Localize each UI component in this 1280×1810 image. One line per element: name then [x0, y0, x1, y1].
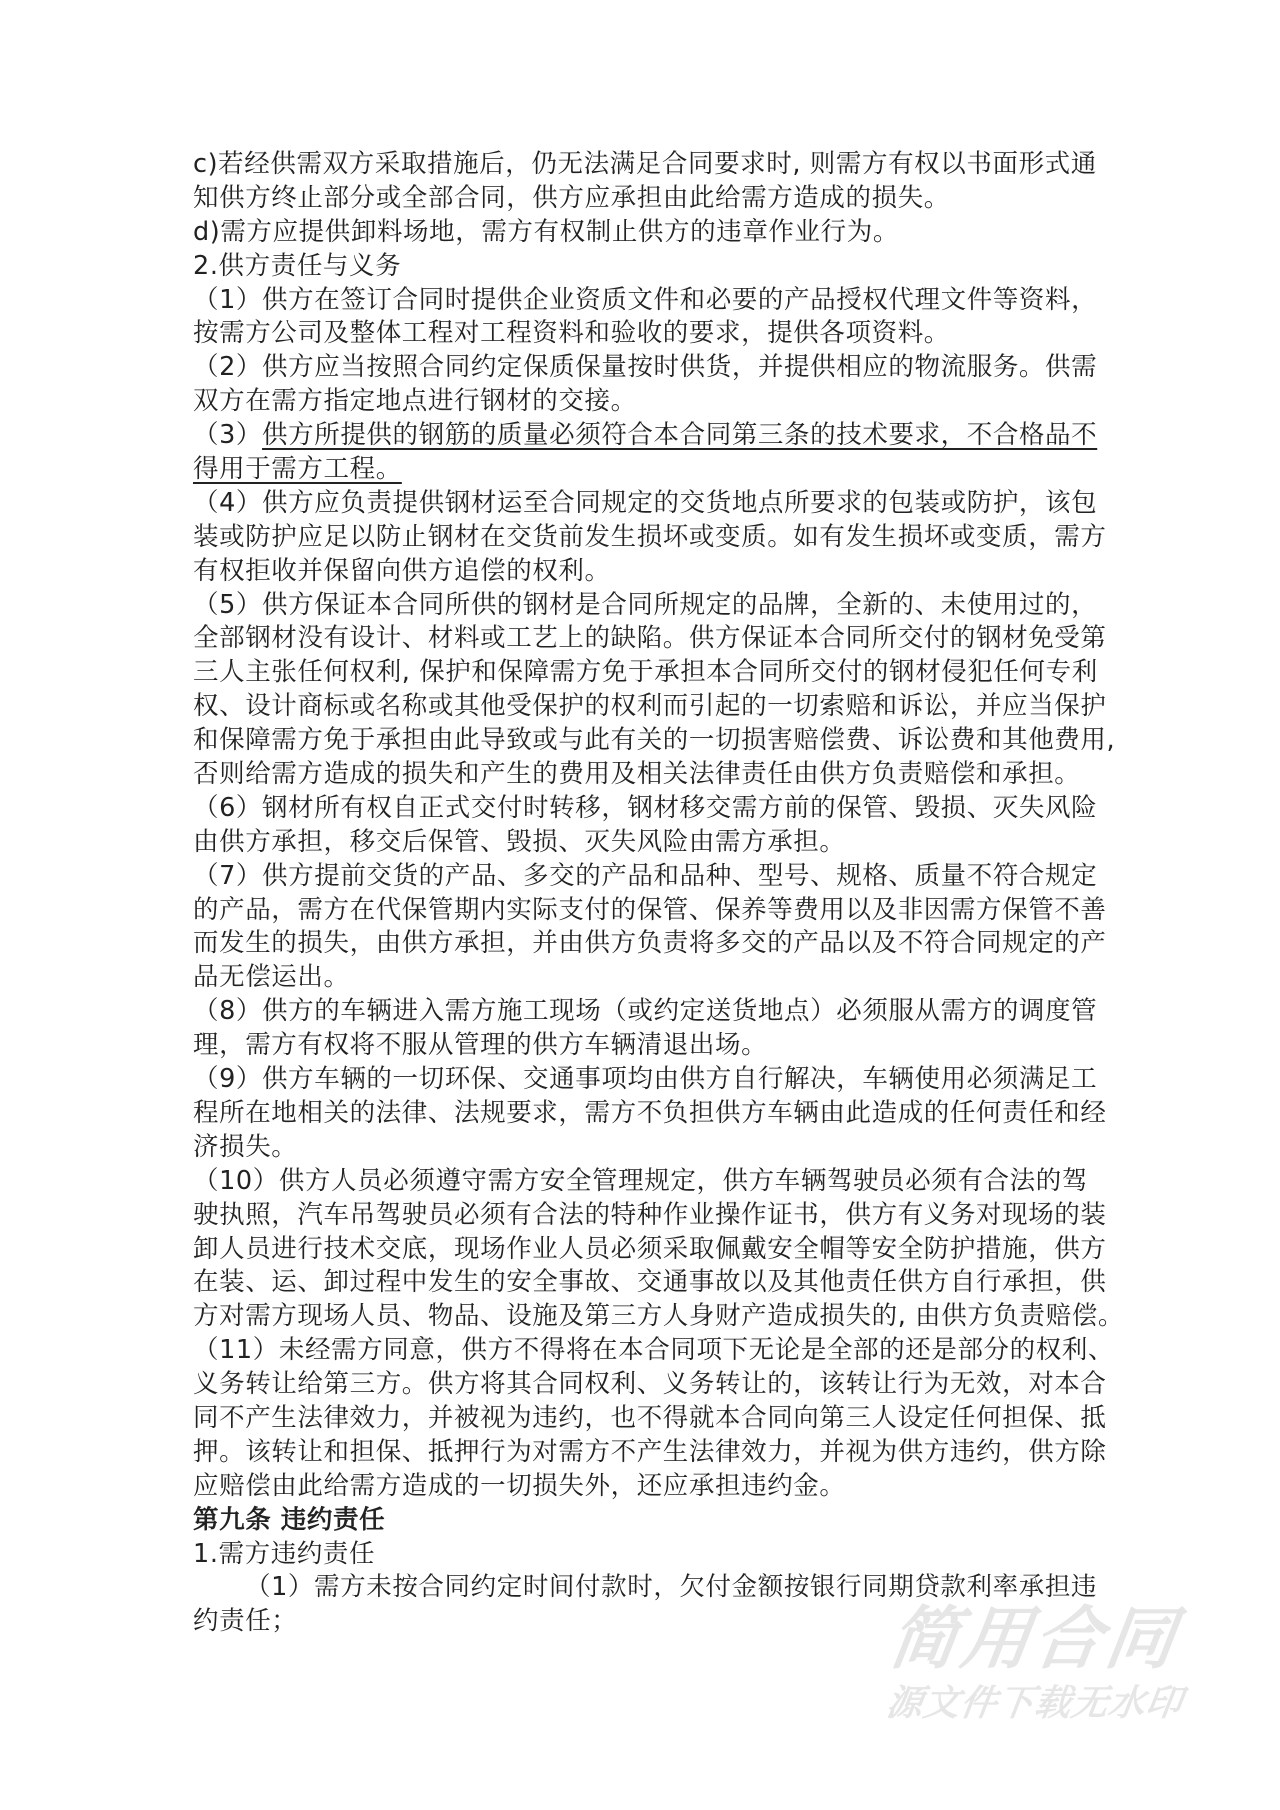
text-line: 应赔偿由此给需方造成的一切损失外，还应承担违约金。	[193, 1470, 1093, 1504]
watermark-tagline: 源文件下载无水印	[876, 1675, 1193, 1726]
text-line: 按需方公司及整体工程对工程资料和验收的要求，提供各项资料。	[193, 317, 1093, 351]
text-line: 同不产生法律效力，并被视为违约，也不得就本合同向第三人设定任何担保、抵	[193, 1402, 1093, 1436]
underlined-text: 得用于需方工程。	[193, 454, 402, 484]
text-line: 由供方承担，移交后保管、毁损、灭失风险由需方承担。	[193, 826, 1093, 860]
clause-9: （9）供方车辆的一切环保、交通事项均由供方自行解决，车辆使用必须满足工	[193, 1063, 1093, 1097]
clause-11: （11）未经需方同意，供方不得将在本合同项下无论是全部的还是部分的权利、	[193, 1334, 1093, 1368]
text-line: 理，需方有权将不服从管理的供方车辆清退出场。	[193, 1029, 1093, 1063]
text-line: 装或防护应足以防止钢材在交货前发生损坏或变质。如有发生损坏或变质，需方	[193, 521, 1093, 555]
text-line: 济损失。	[193, 1131, 1093, 1165]
text-line: 品无偿运出。	[193, 961, 1093, 995]
text-line: 权、设计商标或名称或其他受保护的权利而引起的一切索赔和诉讼，并应当保护	[193, 690, 1093, 724]
clause-4: （4）供方应负责提供钢材运至合同规定的交货地点所要求的包装或防护，该包	[193, 487, 1093, 521]
watermark-brand: 简用合同	[873, 1585, 1197, 1682]
text-line: 方对需方现场人员、物品、设施及第三方人身财产造成损失的, 由供方负责赔偿。	[193, 1300, 1093, 1334]
clause-10: （10）供方人员必须遵守需方安全管理规定，供方车辆驾驶员必须有合法的驾	[193, 1165, 1093, 1199]
subsection-heading-supplier-duties: 2.供方责任与义务	[193, 250, 1093, 284]
document-page: c)若经供需双方采取措施后，仍无法满足合同要求时, 则需方有权以书面形式通 知供…	[193, 148, 1093, 1639]
text-line: 有权拒收并保留向供方追偿的权利。	[193, 555, 1093, 589]
clause-number: （3）	[193, 420, 262, 450]
clause-3: （3）供方所提供的钢筋的质量必须符合本合同第三条的技术要求，不合格品不	[193, 419, 1093, 453]
text-line: 双方在需方指定地点进行钢材的交接。	[193, 385, 1093, 419]
text-line: 否则给需方造成的损失和产生的费用及相关法律责任由供方负责赔偿和承担。	[193, 758, 1093, 792]
text-line: 在装、运、卸过程中发生的安全事故、交通事故以及其他责任供方自行承担，供	[193, 1266, 1093, 1300]
text-line: 驶执照，汽车吊驾驶员必须有合法的特种作业操作证书，供方有义务对现场的装	[193, 1199, 1093, 1233]
text-line: 三人主张任何权利, 保护和保障需方免于承担本合同所交付的钢材侵犯任何专利	[193, 656, 1093, 690]
underlined-text: 供方所提供的钢筋的质量必须符合本合同第三条的技术要求，不合格品不	[262, 420, 1097, 450]
clause-7: （7）供方提前交货的产品、多交的产品和品种、型号、规格、质量不符合规定	[193, 860, 1093, 894]
text-line: 的产品，需方在代保管期内实际支付的保管、保养等费用以及非因需方保管不善	[193, 894, 1093, 928]
text-line: c)若经供需双方采取措施后，仍无法满足合同要求时, 则需方有权以书面形式通	[193, 148, 1093, 182]
article-heading-breach-liability: 第九条 违约责任	[193, 1504, 1093, 1538]
text-line: 卸人员进行技术交底，现场作业人员必须采取佩戴安全帽等安全防护措施，供方	[193, 1233, 1093, 1267]
text-line: 而发生的损失，由供方承担，并由供方负责将多交的产品以及不符合同规定的产	[193, 927, 1093, 961]
text-line: 押。该转让和担保、抵押行为对需方不产生法律效力，并视为供方违约，供方除	[193, 1436, 1093, 1470]
text-line: 和保障需方免于承担由此导致或与此有关的一切损害赔偿费、诉讼费和其他费用,	[193, 724, 1093, 758]
clause-1: （1）供方在签订合同时提供企业资质文件和必要的产品授权代理文件等资料，	[193, 284, 1093, 318]
clause-8: （8）供方的车辆进入需方施工现场（或约定送货地点）必须服从需方的调度管	[193, 995, 1093, 1029]
clause-2: （2）供方应当按照合同约定保质保量按时供货，并提供相应的物流服务。供需	[193, 351, 1093, 385]
text-line: 得用于需方工程。	[193, 453, 1093, 487]
text-line: 义务转让给第三方。供方将其合同权利、义务转让的，该转让行为无效，对本合	[193, 1368, 1093, 1402]
subsection-heading-buyer-breach: 1.需方违约责任	[193, 1538, 1093, 1572]
clause-6: （6）钢材所有权自正式交付时转移，钢材移交需方前的保管、毁损、灭失风险	[193, 792, 1093, 826]
text-line: d)需方应提供卸料场地，需方有权制止供方的违章作业行为。	[193, 216, 1093, 250]
text-line: 全部钢材没有设计、材料或工艺上的缺陷。供方保证本合同所交付的钢材免受第	[193, 622, 1093, 656]
text-line: 知供方终止部分或全部合同，供方应承担由此给需方造成的损失。	[193, 182, 1093, 216]
clause-5: （5）供方保证本合同所供的钢材是合同所规定的品牌，全新的、未使用过的，	[193, 589, 1093, 623]
text-line: 程所在地相关的法律、法规要求，需方不负担供方车辆由此造成的任何责任和经	[193, 1097, 1093, 1131]
